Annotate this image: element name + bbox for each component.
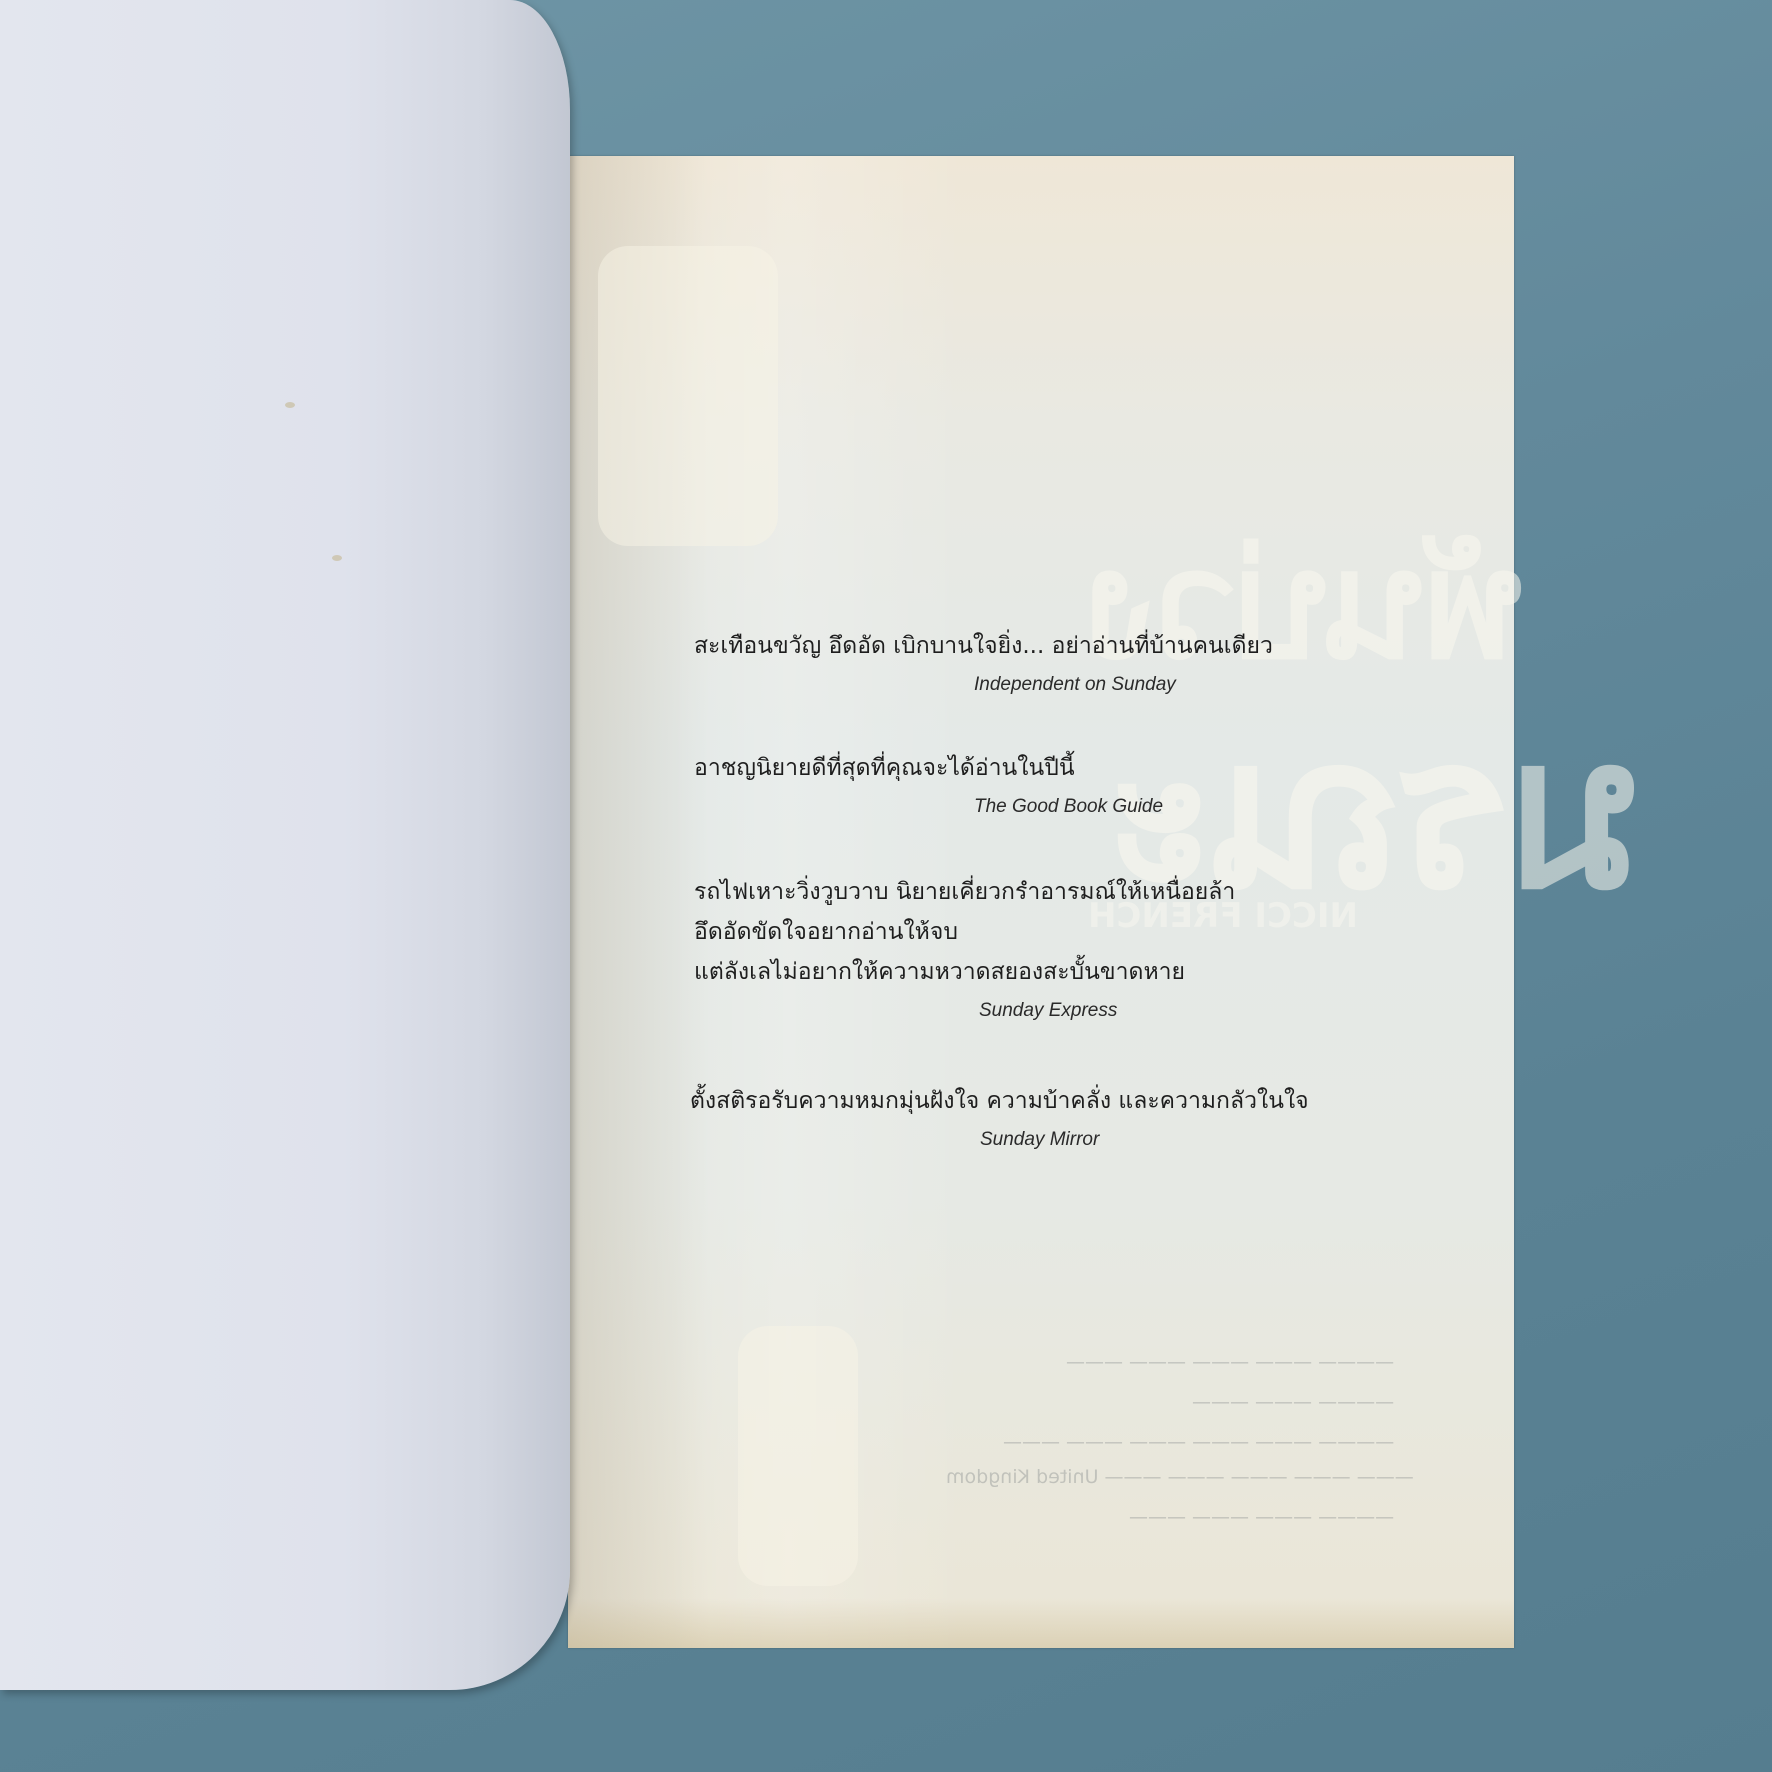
- show-through-imprint-line: ———— ——— ——— ——— ———: [1066, 1351, 1394, 1373]
- quote-text: รถไฟเหาะวิ่งวูบวาบ นิยายเคี่ยวกรำอารมณ์ใ…: [694, 872, 1235, 912]
- show-through-shape: [738, 1326, 858, 1586]
- book-cover-board: [0, 0, 570, 1690]
- blurb-quote: รถไฟเหาะวิ่งวูบวาบ นิยายเคี่ยวกรำอารมณ์ใ…: [694, 872, 1235, 1022]
- quote-source: Sunday Express: [979, 1000, 1235, 1022]
- show-through-imprint-line: ———— ——— ——— ——— ——— ———: [1003, 1431, 1394, 1453]
- quote-source: The Good Book Guide: [974, 796, 1163, 818]
- show-through-imprint-line: ——— ——— ——— ——— ——— United Kingdom: [946, 1466, 1414, 1488]
- stain-spot: [285, 402, 295, 408]
- quote-text: อึดอัดขัดใจอยากอ่านให้จบ: [694, 912, 1235, 952]
- show-through-imprint-line: ———— ——— ——— ———: [1129, 1506, 1394, 1528]
- blurb-quote: สะเทือนขวัญ อึดอัด เบิกบานใจยิ่ง... อย่า…: [694, 626, 1273, 696]
- show-through-shape: [598, 246, 778, 546]
- blurb-quote: ตั้งสติรอรับความหมกมุ่นฝังใจ ความบ้าคลั่…: [690, 1081, 1309, 1151]
- show-through-imprint-line: ———— ——— ———: [1192, 1391, 1394, 1413]
- stain-spot: [332, 555, 342, 561]
- quote-text: แต่ลังเลไม่อยากให้ความหวาดสยองสะบั้นขาดห…: [694, 952, 1235, 992]
- quote-source: Sunday Mirror: [980, 1129, 1309, 1151]
- book-page: พันบ่วง มรณะ NICCI FRENCH ———— ——— ——— —…: [568, 156, 1514, 1648]
- quote-text: ตั้งสติรอรับความหมกมุ่นฝังใจ ความบ้าคลั่…: [690, 1081, 1309, 1121]
- blurb-quote: อาชญนิยายดีที่สุดที่คุณจะได้อ่านในปีนี้ …: [694, 748, 1163, 818]
- quote-text: สะเทือนขวัญ อึดอัด เบิกบานใจยิ่ง... อย่า…: [694, 626, 1273, 666]
- quote-source: Independent on Sunday: [974, 674, 1273, 696]
- quote-text: อาชญนิยายดีที่สุดที่คุณจะได้อ่านในปีนี้: [694, 748, 1163, 788]
